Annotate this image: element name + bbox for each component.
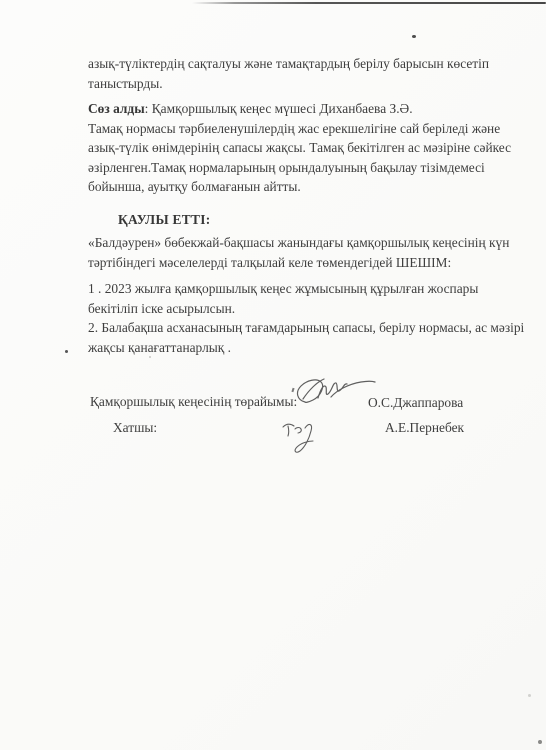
- decision-item-line: 1 . 2023 жылға қамқоршылық кеңес жұмысын…: [88, 279, 540, 299]
- speaker-lead-label: Сөз алды: [88, 101, 145, 116]
- text-line: азық-түліктердің сақталуы және тамақтард…: [88, 54, 540, 74]
- text-line: бойынша, ауытқу болмағанын айтты.: [88, 177, 540, 197]
- decision-item-line: бекітіліп іске асырылсын.: [88, 299, 540, 319]
- chair-name: О.С.Джаппарова: [368, 394, 463, 412]
- text-line: тәртібіндегі мәселелерді талқылай келе т…: [88, 253, 540, 273]
- secretary-name: А.Е.Пернебек: [385, 419, 464, 437]
- secretary-signature: [281, 420, 323, 458]
- scan-speck: [412, 35, 416, 38]
- text-line: Сөз алды: Қамқоршылық кеңес мүшесі Дихан…: [88, 99, 540, 119]
- chair-signature-label: Қамқоршылық кеңесінің төрайымы:: [90, 393, 297, 411]
- text-line: Тамақ нормасы тәрбиеленушілердің жас ере…: [88, 119, 540, 139]
- resolution-intro-paragraph: «Балдәурен» бөбекжай-бақшасы жанындағы қ…: [88, 233, 540, 272]
- scan-speck: [538, 740, 542, 744]
- scan-speck: [528, 694, 531, 697]
- speech-paragraph: Сөз алды: Қамқоршылық кеңес мүшесі Дихан…: [88, 99, 540, 197]
- secretary-signature-label: Хатшы:: [113, 419, 157, 437]
- scan-edge-artifact: [192, 2, 546, 4]
- scan-speck: [65, 350, 68, 353]
- text-line: азық-түлік өнімдерінің сапасы жақсы. Там…: [88, 138, 540, 158]
- text-line: әзірленген.Тамақ нормаларының орындалуын…: [88, 158, 540, 178]
- document-body: азық-түліктердің сақталуы және тамақтард…: [88, 54, 540, 357]
- intro-paragraph: азық-түліктердің сақталуы және тамақтард…: [88, 54, 540, 93]
- chair-signature: [291, 372, 377, 414]
- decision-item-line: жақсы қанағаттанарлық .: [88, 338, 540, 358]
- decisions-list: 1 . 2023 жылға қамқоршылық кеңес жұмысын…: [88, 279, 540, 357]
- scanned-document-page: азық-түліктердің сақталуы және тамақтард…: [0, 0, 546, 750]
- text-line: таныстырды.: [88, 74, 540, 94]
- speaker-name-text: : Қамқоршылық кеңес мүшесі Диханбаева З.…: [145, 101, 413, 116]
- decision-item-line: 2. Балабақша асханасының тағамдарының са…: [88, 318, 540, 338]
- resolution-heading: ҚАУЛЫ ЕТТІ:: [88, 210, 540, 230]
- text-line: «Балдәурен» бөбекжай-бақшасы жанындағы қ…: [88, 233, 540, 253]
